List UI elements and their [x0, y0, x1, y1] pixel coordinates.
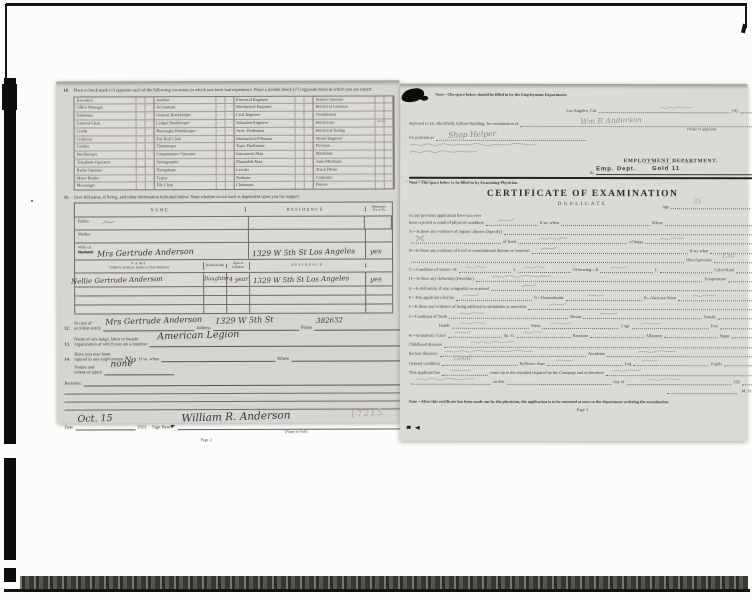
injury-nature-line: Nature andextent of injury none — [64, 363, 407, 375]
relatives-table: NAME RESIDENCE DependentYes or No Father… — [74, 201, 393, 314]
check-cell — [385, 174, 393, 181]
deformity-congenital-line: E—Is deformity, if any, congenital or ac… — [409, 282, 752, 292]
check-cell — [216, 136, 225, 143]
check-cell — [296, 135, 305, 142]
vocation-row: Chainman — [234, 182, 313, 189]
children-header-ages: Ages of Children — [227, 262, 250, 270]
check-cell — [216, 112, 225, 119]
pencil-scribble — [646, 376, 680, 383]
dotted-blank — [476, 277, 703, 282]
employment-dept-stamp: Emp. Dept. Gold 11 — [596, 166, 680, 174]
check-cell — [296, 182, 305, 189]
pencil-scribble — [641, 358, 659, 365]
where-label: Where — [277, 357, 289, 362]
dotted-blank — [660, 268, 713, 273]
pencil-scribble — [496, 216, 516, 223]
check-cell — [225, 136, 233, 143]
dotted-blank — [607, 352, 752, 357]
children-header-relationship: Relation-ship — [204, 264, 227, 268]
check-cell — [216, 175, 225, 182]
on-this-label: on this — [493, 380, 505, 385]
color-blind-label: Color blind — [714, 268, 734, 273]
referred-name-handwriting: Wm R Anderson — [580, 115, 642, 126]
wife-row: Wife orHusband Mrs Gertrude Anderson 132… — [75, 242, 392, 260]
check-cell — [385, 158, 393, 165]
microfilm-scan: 17215 10. Place a check mark (√) opposit… — [0, 0, 752, 600]
check-cell — [216, 104, 225, 111]
film-mark-arrow — [415, 426, 420, 430]
child-dependent-handwriting: yes — [370, 275, 382, 283]
when-blank — [161, 355, 275, 362]
section-11-text: Give full name, if living, and other inf… — [74, 194, 407, 201]
date-label: Date — [65, 425, 74, 430]
dotted-blank — [517, 333, 571, 338]
dotted-blank — [736, 268, 752, 273]
varicose-veins-label: H—Varicose Veins — [643, 296, 676, 301]
film-strip-notch — [3, 560, 17, 568]
rejected-question-line: been rejected account of physical condit… — [409, 218, 752, 226]
notify-address-handwriting: 1329 W 5th St — [215, 315, 274, 327]
check-cell — [305, 167, 313, 174]
pencil-scribble — [659, 104, 693, 111]
check-cell — [225, 120, 233, 127]
ink-blot — [420, 96, 428, 101]
pencil-scribble — [636, 159, 696, 166]
dotted-blank — [459, 267, 512, 272]
if-so-when-label: If so, when — [139, 357, 159, 362]
dotted-blank — [442, 371, 488, 376]
pencil-scribble — [586, 292, 604, 299]
general-condition-handwriting: Good — [454, 355, 471, 363]
dotted-blank — [452, 324, 529, 329]
urinalysis-line: K—Urinalysis: Color Sp. G. Reaction Albu… — [409, 329, 752, 339]
check-cell — [376, 166, 385, 173]
pupils-label: Pupils — [711, 362, 722, 367]
pencil-scribble — [460, 320, 486, 327]
sugar-label: Sugar — [720, 334, 730, 339]
dotted-blank — [411, 258, 684, 263]
section-13-label: Name of any lodge, labor or benefitorgan… — [74, 337, 147, 347]
check-cell — [145, 175, 153, 182]
date-handwriting: Oct. 15 — [77, 413, 112, 426]
section-13: 13. Name of any lodge, labor or benefito… — [64, 333, 407, 347]
check-cell — [296, 143, 305, 150]
reflexes-leg-label: Leg — [624, 362, 631, 367]
check-cell — [296, 120, 305, 127]
deformity-congenital-label: E—Is deformity, if any, congenital or ac… — [409, 286, 489, 291]
notify-name-handwriting: Mrs Gertrude Anderson — [105, 315, 202, 328]
vocations-column-4: Station OperatorElectrical LinemanTroubl… — [314, 96, 394, 189]
standard-line-2: on this day of 192 — [409, 376, 752, 386]
vision-label: C—Condition of vision—R — [409, 267, 457, 272]
check-cell — [216, 128, 225, 135]
wife-dependent-handwriting: yes — [370, 247, 382, 255]
blood-pressure-label: Blood pressure — [686, 259, 712, 264]
check-cell — [376, 174, 385, 181]
dotted-blank — [566, 296, 642, 301]
dotted-blank — [667, 389, 737, 394]
pencil-scribble — [470, 338, 514, 345]
dotted-blank — [528, 305, 752, 310]
deformity-label: D—Is there any deformity (Describe) — [409, 277, 474, 282]
pencil-scribble — [103, 218, 115, 225]
deformity-line: D—Is there any deformity (Describe) Temp… — [409, 272, 752, 282]
children-header-residence: RESIDENCE — [250, 263, 366, 267]
check-cell — [305, 159, 313, 166]
dotted-blank — [742, 380, 752, 385]
dotted-blank — [732, 334, 752, 339]
relatives-header-row: NAME RESIDENCE DependentYes or No — [75, 202, 392, 217]
pencil-scribble — [465, 263, 487, 270]
check-cell — [145, 112, 153, 119]
father-row: Father — [75, 216, 392, 230]
father-label: Father — [75, 217, 249, 230]
signature-handwriting: William R. Anderson — [181, 409, 290, 425]
question-b-line: B—Is there any evidence of local or cons… — [409, 244, 752, 254]
page-3-label: Page 3 — [409, 406, 752, 412]
temperature-label: Temperature — [704, 277, 726, 282]
check-cell — [305, 112, 313, 119]
notify-phone-handwriting: 382632 — [316, 316, 343, 326]
check-cell — [296, 96, 305, 103]
legs-label: Legs — [621, 324, 629, 329]
empty-row — [75, 304, 392, 313]
blood-pressure-line: Blood pressure 130 — [409, 253, 752, 263]
children-header-name: NAMEChildren, Brothers, Sisters or Near … — [75, 262, 204, 270]
dotted-blank: Good — [442, 361, 518, 366]
signature-blank: William R. Anderson — [178, 422, 406, 430]
pencil-scribble — [612, 367, 642, 374]
pencil-scribble — [405, 178, 431, 185]
check-cell — [145, 120, 153, 127]
general-condition-line: General condition Good Reflexes: Arm Leg… — [409, 357, 752, 367]
pencil-scribble — [459, 310, 485, 317]
check-cell — [145, 144, 153, 151]
check-cell — [136, 128, 145, 135]
check-cell — [225, 182, 233, 189]
year-printed: 192 — [732, 109, 738, 114]
hearing-label: Of hearing—R — [573, 268, 599, 273]
check-cell — [225, 112, 233, 119]
pencil-scribble — [610, 264, 628, 271]
serious-illness-label: Serious illnesses — [409, 352, 438, 357]
check-cell — [305, 96, 313, 103]
phone-label: Phone — [301, 326, 312, 331]
vision-l-label: L — [513, 268, 516, 273]
check-cell — [145, 105, 153, 112]
check-cell — [376, 182, 385, 189]
wife-label: Wife orHusband Mrs Gertrude Anderson — [75, 243, 249, 260]
remarks-blank — [84, 378, 406, 386]
child-relationship-handwriting: Daughter — [204, 275, 229, 282]
if-so-when-label: If so, when — [540, 221, 559, 226]
check-cell — [216, 97, 225, 104]
age-field: Age 35 — [662, 204, 752, 209]
check-cell — [296, 104, 305, 111]
feet-label: Feet — [710, 324, 717, 329]
year-printed: 1923 — [137, 425, 146, 430]
city-date-line: Los Angeles, Cal. 192 — [409, 104, 752, 114]
day-of-label: day of — [613, 381, 624, 386]
check-cell — [145, 136, 153, 143]
vocation-row: Painter — [314, 182, 393, 189]
duplicate-row: DUPLICATE Age 35 — [409, 201, 752, 212]
header-residence: RESIDENCE — [246, 206, 366, 212]
dotted-blank — [728, 277, 752, 282]
section-10: 10. Place a check mark (√) opposite each… — [63, 86, 406, 93]
pencil-scribble — [692, 292, 716, 299]
check-cell — [305, 151, 313, 158]
check-cell — [225, 128, 233, 135]
application-page-2: 10. Place a check mark (√) opposite each… — [56, 80, 400, 423]
dotted-blank: 130 — [714, 258, 752, 263]
stamp-line: Emp. Dept. Gold 11 — [596, 166, 752, 175]
check-cell — [136, 97, 145, 104]
md-label: M. D. — [742, 390, 752, 395]
remarks-line: Remarks: — [64, 377, 407, 386]
dotted-blank — [645, 239, 752, 244]
applicant-has-label: This applicant has — [409, 371, 440, 376]
mother-label: Mother — [75, 230, 249, 243]
check-cell — [385, 151, 393, 158]
dotted-blank — [600, 268, 653, 273]
check-cell — [376, 158, 385, 165]
check-cell — [136, 175, 145, 182]
check-cell — [216, 143, 225, 150]
dotted-blank — [590, 333, 644, 338]
check-cell — [225, 151, 233, 158]
pencil-scribble — [415, 235, 425, 242]
pencil-scribble — [555, 357, 575, 364]
pencil-check-mark — [133, 163, 147, 170]
section-14-number: 14. — [64, 357, 74, 363]
dotted-blank — [633, 362, 709, 367]
vocation-row: File Clerk — [155, 182, 234, 189]
header-dependent: DependentYes or No — [366, 205, 392, 212]
film-frame-left-line — [5, 4, 7, 82]
film-edge-strip — [4, 78, 16, 582]
check-cell — [145, 128, 153, 135]
childhood-label: Childhood diseases — [409, 343, 442, 348]
arms-label: Arms — [531, 324, 541, 329]
check-cell — [296, 174, 305, 181]
age-handwriting: 35 — [693, 198, 702, 206]
check-cell — [385, 166, 393, 173]
employment-dept-note: Note—The space below should be filled in… — [435, 93, 752, 98]
accidents-label: Accidents — [588, 352, 605, 357]
check-cell — [385, 135, 393, 142]
by-line: By Emp. Dept. Gold 11 — [409, 165, 752, 176]
section-13-number: 13. — [64, 342, 74, 348]
pencil-scribble — [415, 376, 475, 383]
pencil-notes-area — [409, 141, 752, 156]
dotted-blank — [449, 314, 567, 319]
referred-line: Referred to Dr. Blackfield, Edison Build… — [409, 117, 752, 127]
film-strip-notch — [3, 444, 17, 458]
vision-hearing-line: C—Condition of vision—R L Of hearing—R L… — [409, 263, 752, 273]
header-name: NAME — [75, 207, 246, 213]
lodge-blank: American Legion — [149, 339, 405, 347]
check-cell — [384, 96, 392, 103]
hemorrhoids-label: G—Hemorrhoids — [534, 296, 564, 301]
check-cell — [296, 159, 305, 166]
vocation-row: Messenger — [75, 183, 154, 190]
check-cell — [305, 128, 313, 135]
check-cell — [225, 175, 233, 182]
check-cell — [145, 151, 153, 158]
check-cell — [375, 96, 384, 103]
film-bottom-band — [20, 576, 748, 589]
by-label: By — [590, 171, 594, 176]
urinalysis-label: K—Urinalysis: Color — [409, 333, 446, 338]
sign-here-label: Sign Here — [152, 425, 170, 430]
dotted-blank — [632, 324, 709, 329]
lodge-handwriting: American Legion — [157, 329, 239, 343]
physician-note: Note—The space below to be filled in by … — [409, 181, 752, 187]
dotted-blank — [411, 239, 501, 244]
film-frame-bottom-line — [4, 589, 750, 592]
check-cell — [296, 151, 305, 158]
dotted-blank — [665, 221, 752, 226]
hands-label: Hands — [439, 324, 450, 329]
check-cell — [376, 127, 385, 134]
of-lungs-label: of lungs — [629, 240, 643, 245]
check-cell — [136, 120, 145, 127]
pencil-scribble — [462, 291, 480, 298]
check-cell — [216, 167, 225, 174]
dotted-blank — [448, 333, 502, 338]
teeth-label: J—Condition of Teeth — [409, 314, 447, 319]
pencil-scribble — [524, 263, 546, 270]
pencil-scribble — [521, 282, 537, 289]
md-signature-line: M. D. — [409, 385, 752, 395]
dotted-blank — [518, 267, 571, 272]
dotted-blank — [678, 296, 752, 301]
heart-lungs-line: of heart of lungs — [409, 235, 752, 245]
remarks-label: Remarks: — [64, 381, 81, 386]
dotted-blank — [456, 295, 532, 300]
check-cell — [225, 167, 233, 174]
pencil-scribble — [548, 301, 568, 308]
dotted-blank — [411, 380, 491, 385]
pencil-scribble — [492, 273, 552, 280]
pencil-scribble — [538, 235, 568, 242]
check-cell — [225, 143, 233, 150]
check-cell — [305, 182, 313, 189]
check-cell — [376, 143, 385, 150]
dotted-blank: 35 — [671, 204, 750, 209]
hernia-line: F—Has applicant a hernia G—Hemorrhoids H… — [409, 291, 752, 301]
dotted-blank — [506, 380, 611, 385]
where-blank — [291, 354, 405, 361]
hernia-label: F—Has applicant a hernia — [409, 296, 454, 301]
film-frame-top-line — [6, 3, 747, 6]
pencil-scribble — [409, 148, 479, 156]
if-so-what-label: If so, what — [690, 249, 708, 254]
pencil-scribble — [599, 310, 619, 317]
check-cell — [305, 120, 313, 127]
pencil-scribble — [640, 320, 662, 327]
stimulants-line: I—Is there any evidence of being addicte… — [409, 300, 752, 310]
dotted-blank — [491, 286, 752, 291]
dotted-blank — [606, 371, 752, 376]
check-cell — [136, 105, 145, 112]
injury-nature-handwriting: none — [110, 359, 133, 371]
stimulants-label: I—Is there any evidence of being addicte… — [409, 305, 526, 310]
mother-row: Mother — [75, 229, 392, 243]
check-cell — [305, 174, 313, 181]
dotted-blank — [547, 361, 623, 366]
dotted-blank — [561, 221, 650, 226]
of-heart-label: of heart — [503, 239, 516, 244]
question-a-line: A—Is there any evidence of organic disea… — [409, 225, 752, 235]
vocations-table: ExecutiveOffice ManagerSalesmanGeneral C… — [73, 95, 394, 191]
check-cell — [216, 159, 225, 166]
section-12-label: In case ofaccident notify — [74, 321, 101, 331]
pointing-hand-icon: ☛ — [170, 425, 175, 430]
check-cell — [146, 183, 154, 190]
question-b-label: B—Is there any evidence of local or cons… — [409, 249, 530, 254]
check-cell — [296, 112, 305, 119]
dotted-blank — [740, 109, 752, 114]
section-11: 11. Give full name, if living, and other… — [64, 194, 407, 201]
extremities-line: Hands Arms Legs Feet — [409, 319, 752, 329]
check-cell — [376, 135, 385, 142]
general-condition-label: General condition — [409, 361, 440, 366]
check-cell — [385, 127, 393, 134]
pencil-scribble — [450, 367, 472, 374]
child-name-handwriting: Nellie Gertrude Anderson — [71, 275, 163, 286]
check-cell — [375, 104, 384, 111]
name-in-full-label: (Name in Full) — [185, 429, 408, 435]
section-12-number: 12. — [64, 326, 74, 332]
dotted-blank — [542, 324, 619, 329]
check-cell — [136, 113, 145, 120]
child-age-handwriting: 4 year — [229, 275, 248, 283]
dotted-blank — [599, 108, 730, 113]
vocations-column-1: ExecutiveOffice ManagerSalesmanGeneral C… — [74, 97, 154, 190]
film-marks — [407, 426, 420, 430]
film-edge-mark — [741, 24, 747, 34]
pencil-scribble — [523, 329, 543, 336]
film-edge-strip-nub — [2, 84, 17, 110]
spg-label: Sp. G. — [504, 333, 515, 338]
check-cell — [296, 128, 305, 135]
where-label: Where — [652, 221, 663, 226]
check-cell — [137, 183, 146, 190]
check-cell — [384, 104, 392, 111]
check-cell — [385, 143, 393, 150]
check-cell — [296, 167, 305, 174]
check-cell — [216, 182, 225, 189]
pencil-scribble — [637, 348, 677, 355]
city-label: Los Angeles, Cal. — [566, 109, 597, 114]
vocations-column-2: AuditorAccountantGeneral BookkeeperLedge… — [154, 97, 234, 190]
section-10-text: Place a check mark (√) opposite each of … — [73, 86, 406, 93]
certificate-page-3: Note—The space below should be filled in… — [400, 84, 748, 442]
dotted-blank — [518, 239, 627, 244]
check-cell — [225, 104, 233, 111]
referred-label: Referred to Dr. Blackfield, Edison Build… — [409, 122, 518, 127]
standard-line-1: This applicant has come up to the standa… — [409, 366, 752, 376]
standard-label: come up to the standard required by the … — [490, 371, 604, 376]
check-cell — [216, 151, 225, 158]
teeth-line: J—Condition of Teeth Throat Tonsils — [409, 310, 752, 320]
pencil-check-mark — [377, 117, 387, 124]
pencil-scribble — [550, 320, 572, 327]
injury-nature-label: Nature andextent of injury — [74, 365, 102, 375]
dotted-blank — [664, 333, 718, 338]
